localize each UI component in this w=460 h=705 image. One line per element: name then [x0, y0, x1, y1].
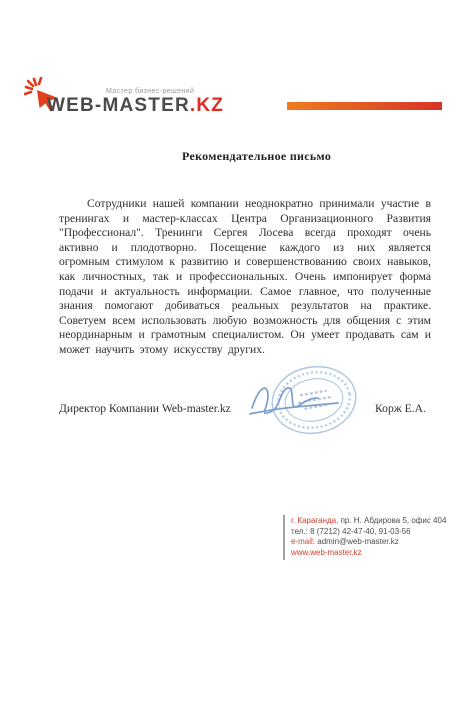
footer-address-line: г. Караганда, пр. Н. Абдирова 5, офис 40… — [291, 516, 446, 527]
handwritten-signature-icon — [246, 378, 346, 424]
footer-phones: тел.: 8 (7212) 42-47-40, 91-03-56 — [291, 527, 411, 536]
footer-email-line: e-mail: admin@web-master.kz — [291, 537, 446, 548]
logo-brand-main: WEB-MASTER — [47, 95, 190, 116]
signature-label: Директор Компании Web-master.kz — [59, 402, 231, 415]
footer-city: г. Караганда, — [291, 516, 338, 525]
letter-body: Сотрудники нашей компании неоднократно п… — [59, 197, 431, 358]
logo-brand: WEB-MASTER.KZ — [47, 95, 224, 117]
footer-contact-block: г. Караганда, пр. Н. Абдирова 5, офис 40… — [283, 515, 446, 560]
letter-title: Рекомендательное письмо — [182, 149, 331, 164]
signatory-name: Корж Е.А. — [375, 402, 426, 415]
letter-page: Мастер бизнес-решений WEB-MASTER.KZ Реко… — [0, 0, 460, 705]
footer-website: www.web-master.kz — [291, 548, 362, 557]
logo-brand-suffix: .KZ — [190, 95, 224, 116]
header-accent-bar — [287, 102, 442, 110]
footer-email-label: e-mail: — [291, 537, 315, 546]
logo-tagline: Мастер бизнес-решений — [106, 88, 194, 95]
footer-website-line: www.web-master.kz — [291, 548, 446, 559]
footer-phone-line: тел.: 8 (7212) 42-47-40, 91-03-56 — [291, 527, 446, 538]
footer-email-address: admin@web-master.kz — [315, 537, 399, 546]
footer-street: пр. Н. Абдирова 5, офис 404 — [338, 516, 446, 525]
